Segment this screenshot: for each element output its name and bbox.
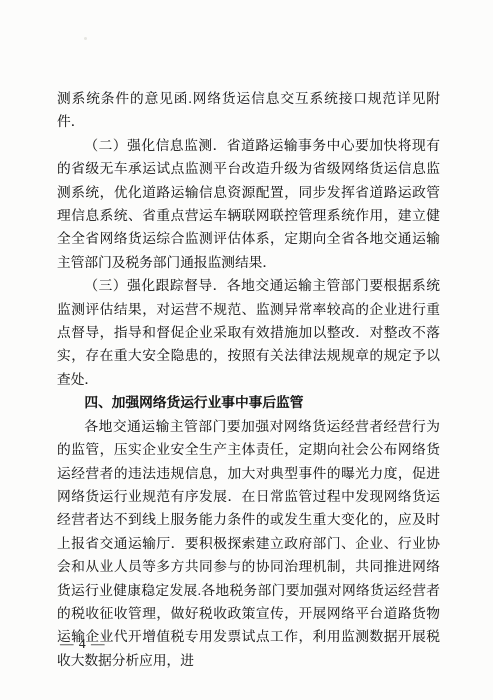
section-heading-4: 四、加强网络货运行业事中事后监管 [57, 391, 440, 414]
document-body: 测系统条件的意见函.网络货运信息交互系统接口规范详见附件． （二）强化信息监测．… [57, 87, 440, 672]
paragraph-strengthen-tracking-supervision: （三）强化跟踪督导．各地交通运输主管部门要根据系统监测评估结果，对运营不规范、监… [57, 274, 440, 391]
paragraph-during-after-event-supervision: 各地交通运输主管部门要加强对网络货运经营者经营行为的监管，压实企业安全生产主体责… [57, 415, 440, 672]
paragraph-continuation: 测系统条件的意见函.网络货运信息交互系统接口规范详见附件． [57, 87, 440, 134]
scan-speck [84, 37, 87, 40]
page-number: — 4 — [60, 636, 106, 652]
document-page: 测系统条件的意见函.网络货运信息交互系统接口规范详见附件． （二）强化信息监测．… [0, 0, 493, 700]
paragraph-strengthen-information-monitoring: （二）强化信息监测．省道路运输事务中心要加快将现有的省级无车承运试点监测平台改造… [57, 134, 440, 274]
